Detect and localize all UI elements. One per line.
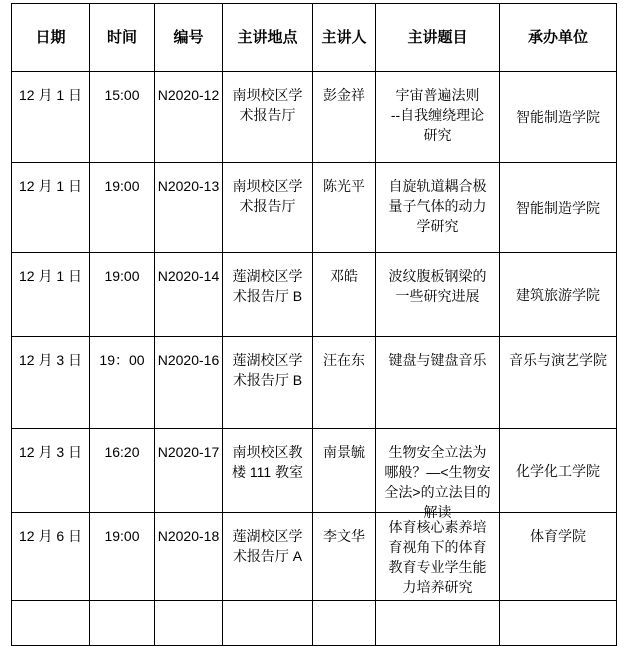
cell-time: 19：00	[90, 337, 155, 429]
column-header-date: 日期	[12, 4, 90, 72]
column-header-location: 主讲地点	[223, 4, 313, 72]
empty-next-row-cell	[90, 601, 155, 608]
cell-time: 19:00	[90, 513, 155, 601]
cell-organizer: 建筑旅游学院	[500, 253, 617, 337]
cell-speaker: 李文华	[313, 513, 376, 601]
cell-time: 16:20	[90, 429, 155, 513]
cell-code: N2020-17	[155, 429, 223, 513]
cell-date: 12 月 6 日	[12, 513, 90, 601]
column-header-speaker: 主讲人	[313, 4, 376, 72]
cell-code: N2020-13	[155, 163, 223, 253]
cell-location: 莲湖校区学 术报告厅 B	[223, 253, 313, 337]
cell-organizer: 化学化工学院	[500, 429, 617, 513]
empty-next-row-cell	[500, 601, 617, 608]
lecture-schedule-table: 日期 时间 编号 主讲地点 主讲人 主讲题目 承办单位 12 月 1 日 15:…	[11, 3, 617, 608]
cell-location: 莲湖校区学 术报告厅 B	[223, 337, 313, 429]
column-header-topic: 主讲题目	[376, 4, 500, 72]
column-header-code: 编号	[155, 4, 223, 72]
column-header-organizer: 承办单位	[500, 4, 617, 72]
cell-speaker: 陈光平	[313, 163, 376, 253]
cell-topic: 键盘与键盘音乐	[376, 337, 500, 429]
empty-next-row-cell	[155, 601, 223, 608]
cell-topic: 自旋轨道耦合极 量子气体的动力 学研究	[376, 163, 500, 253]
cell-organizer: 智能制造学院	[500, 72, 617, 163]
cell-speaker: 南景毓	[313, 429, 376, 513]
cell-organizer: 智能制造学院	[500, 163, 617, 253]
cell-location: 南坝校区学 术报告厅	[223, 163, 313, 253]
empty-next-row-cell	[376, 601, 500, 608]
cell-code: N2020-18	[155, 513, 223, 601]
cell-organizer: 体育学院	[500, 513, 617, 601]
cell-code: N2020-14	[155, 253, 223, 337]
cell-date: 12 月 3 日	[12, 429, 90, 513]
empty-next-row-cell	[12, 601, 90, 608]
cell-speaker: 彭金祥	[313, 72, 376, 163]
empty-next-row-cell	[223, 601, 313, 608]
cell-date: 12 月 1 日	[12, 163, 90, 253]
cell-code: N2020-16	[155, 337, 223, 429]
cell-date: 12 月 3 日	[12, 337, 90, 429]
cell-time: 19:00	[90, 163, 155, 253]
cell-location: 南坝校区教 楼 111 教室	[223, 429, 313, 513]
cell-time: 19:00	[90, 253, 155, 337]
cell-date: 12 月 1 日	[12, 253, 90, 337]
cell-topic: 波纹腹板钢梁的 一些研究进展	[376, 253, 500, 337]
cell-location: 莲湖校区学 术报告厅 A	[223, 513, 313, 601]
cell-time: 15:00	[90, 72, 155, 163]
cell-organizer: 音乐与演艺学院	[500, 337, 617, 429]
cell-code: N2020-12	[155, 72, 223, 163]
cell-speaker: 汪在东	[313, 337, 376, 429]
cell-topic: 生物安全立法为 哪般？—<生物安 全法>的立法目的 解读	[376, 429, 500, 513]
cell-location: 南坝校区学 术报告厅	[223, 72, 313, 163]
cell-topic: 宇宙普遍法则 --自我缠绕理论 研究	[376, 72, 500, 163]
column-header-time: 时间	[90, 4, 155, 72]
cell-speaker: 邓皓	[313, 253, 376, 337]
empty-next-row-cell	[313, 601, 376, 608]
cell-date: 12 月 1 日	[12, 72, 90, 163]
cell-topic: 体育核心素养培 育视角下的体育 教育专业学生能 力培养研究	[376, 513, 500, 601]
